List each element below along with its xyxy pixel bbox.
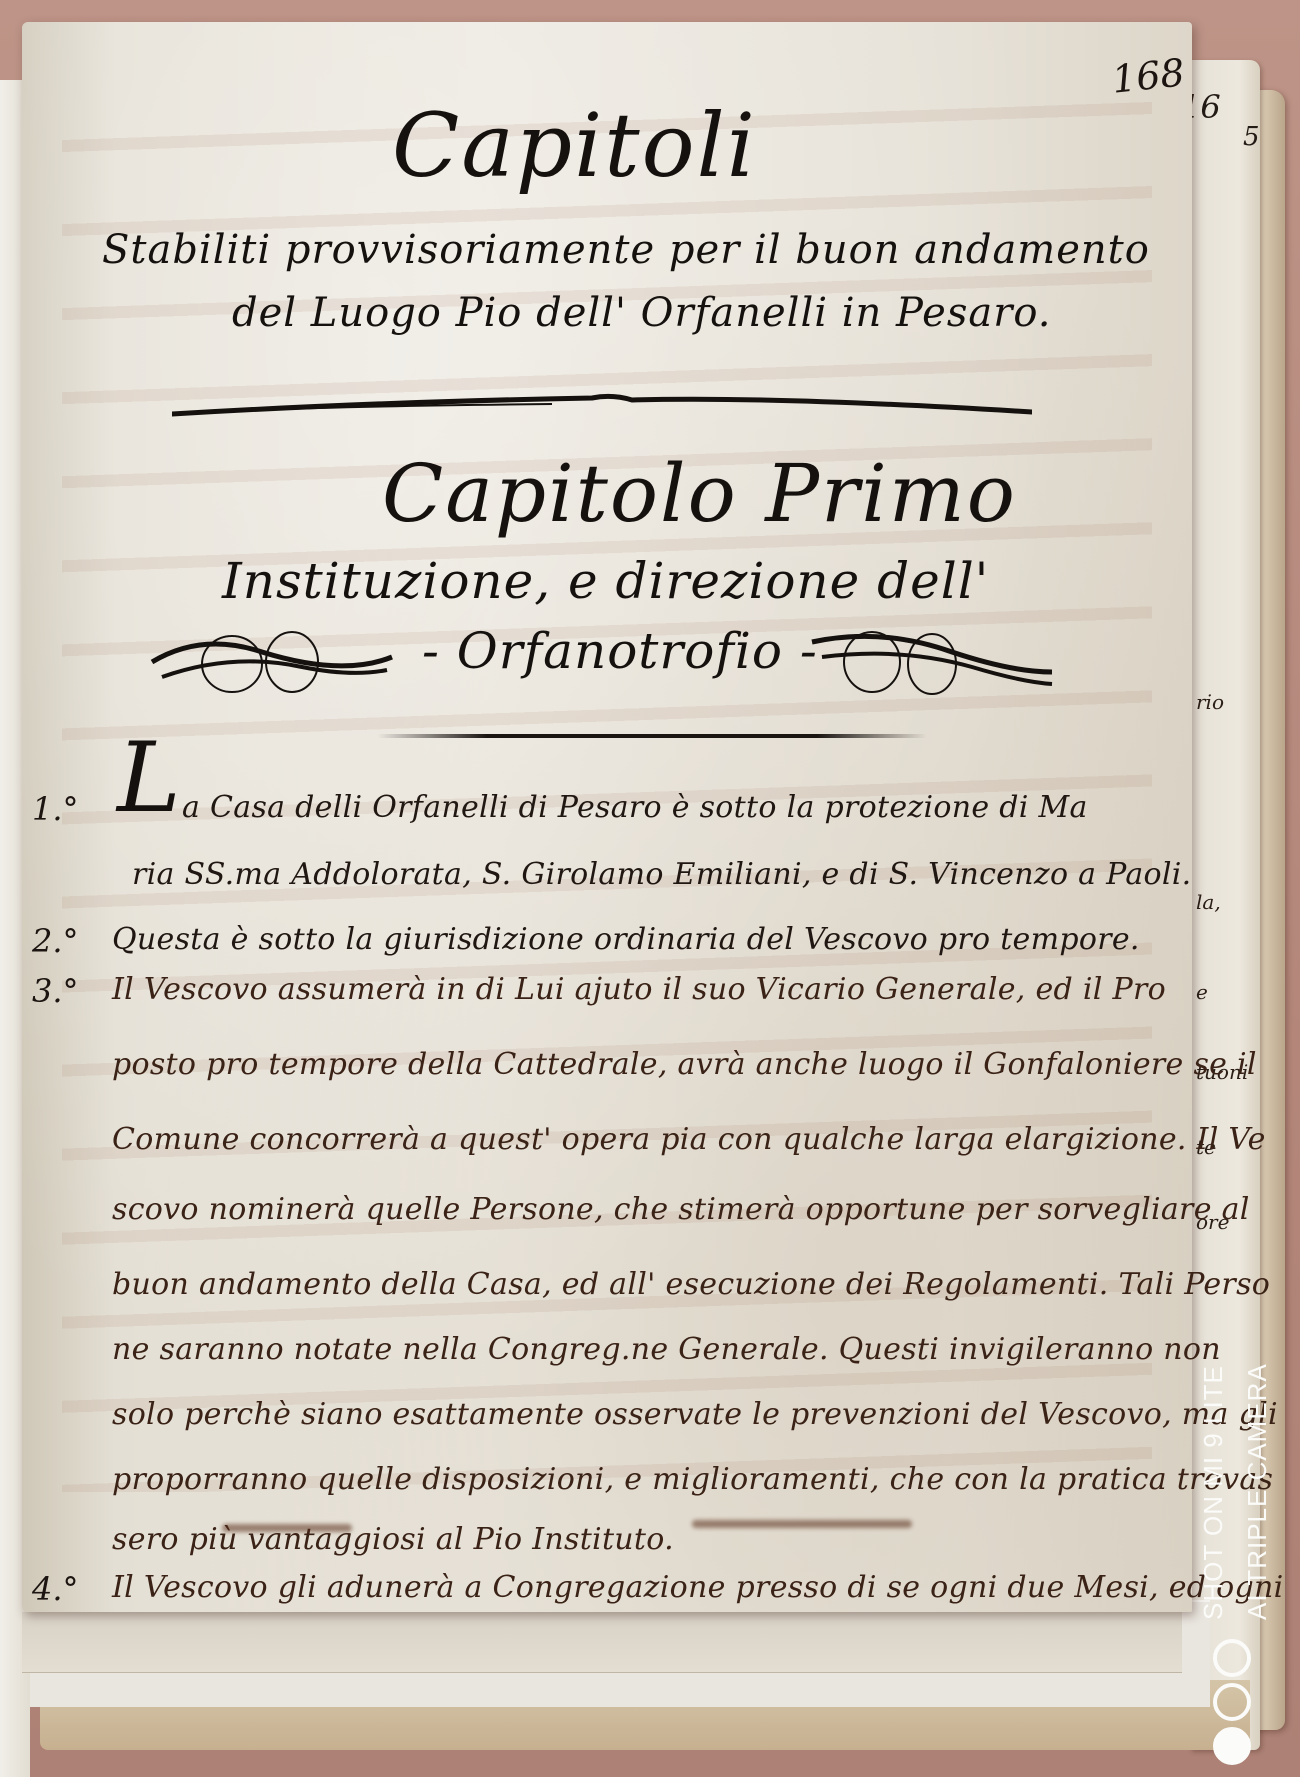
paragraph-number: 4.° <box>32 1570 79 1608</box>
flourish-ornament-right <box>802 612 1062 702</box>
margin-fragment: la, <box>1196 890 1221 914</box>
underlying-folio-number: 5 <box>1243 122 1260 152</box>
paragraph-line: Il Vescovo assumerà in di Lui ajuto il s… <box>112 972 1166 1007</box>
drop-cap-letter: L <box>117 722 181 834</box>
paragraph-line: ria SS.ma Addolorata, S. Girolamo Emilia… <box>132 857 1192 892</box>
paragraph-line: posto pro tempore della Cattedrale, avrà… <box>112 1047 1257 1082</box>
paragraph-number: 3.° <box>32 972 79 1010</box>
ink-smear <box>692 1520 912 1528</box>
paragraph-number: 2.° <box>32 922 79 960</box>
lens-ring-icon <box>1213 1683 1251 1721</box>
document-subtitle-line: del Luogo Pio dell' Orfanelli in Pesaro. <box>232 290 1051 336</box>
paragraph-line: buon andamento della Casa, ed all' esecu… <box>112 1267 1270 1302</box>
paragraph-line: a Casa delli Orfanelli di Pesaro è sotto… <box>182 790 1088 825</box>
flourish-ornament-left <box>142 622 402 702</box>
watermark-line: SHOT ON MI 9 LITE <box>1198 1365 1229 1620</box>
page-fold-strip <box>22 1612 1182 1673</box>
decorative-swash-rule <box>172 392 1032 422</box>
paragraph-line: scovo nominerà quelle Persone, che stime… <box>112 1192 1250 1227</box>
paragraph-number: 1.° <box>32 790 79 828</box>
folio-number: 168 <box>1110 50 1187 101</box>
paragraph-line: Il Vescovo gli adunerà a Congregazione p… <box>112 1570 1284 1605</box>
margin-fragment: e <box>1196 980 1208 1004</box>
lens-ring-icon <box>1213 1639 1251 1677</box>
camera-watermark: SHOT ON MI 9 LITE AI TRIPLE CAMERA <box>1188 1290 1288 1770</box>
margin-fragment: rio <box>1196 690 1224 714</box>
paragraph-line: Comune concorrerà a quest' opera pia con… <box>112 1122 1266 1157</box>
chapter-subtitle-line: Instituzione, e direzione dell' <box>222 552 989 610</box>
decorative-rule <box>377 734 927 738</box>
camera-lens-icons <box>1213 1635 1257 1771</box>
paragraph-line: solo perchè siano esattamente osservate … <box>112 1397 1278 1432</box>
paragraph-line: proporranno quelle disposizioni, e migli… <box>112 1462 1273 1497</box>
watermark-line: AI TRIPLE CAMERA <box>1242 1363 1273 1620</box>
paragraph-line: Questa è sotto la giurisdizione ordinari… <box>112 922 1140 957</box>
document-title: Capitoli <box>392 94 757 197</box>
lens-dot-icon <box>1213 1727 1251 1765</box>
paragraph-line: sero più vantaggiosi al Pio Instituto. <box>112 1522 674 1557</box>
chapter-subtitle-line: - Orfanotrofio - <box>422 622 818 680</box>
paragraph-line: ne saranno notate nella Congreg.ne Gener… <box>112 1332 1221 1367</box>
chapter-title: Capitolo Primo <box>382 447 1017 540</box>
manuscript-page: 168 Capitoli Stabiliti provvisoriamente … <box>22 22 1192 1612</box>
document-subtitle-line: Stabiliti provvisoriamente per il buon a… <box>102 227 1150 273</box>
ink-smear <box>222 1524 352 1532</box>
